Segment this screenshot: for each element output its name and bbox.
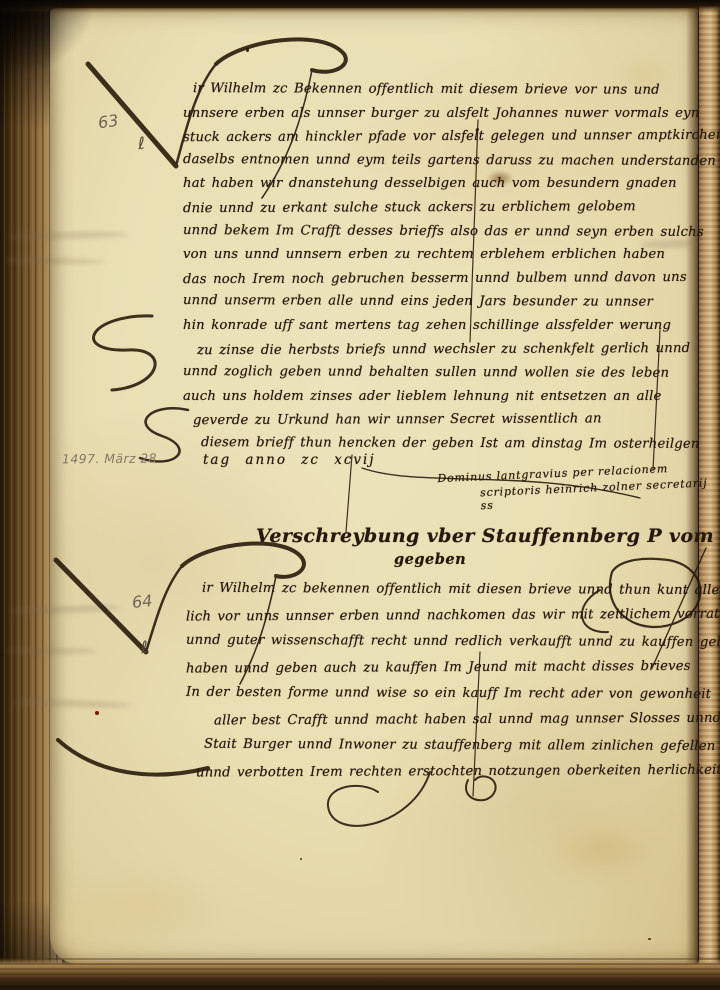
- manuscript-text-line: In der besten forme unnd wise so ein kau…: [186, 680, 720, 709]
- page-top-edge: [0, 0, 720, 13]
- manuscript-text-line: lich vor unns unnser erben unnd nachkome…: [186, 601, 720, 630]
- margin-entry-number-63: 63: [97, 111, 120, 133]
- foxing-speck: [246, 48, 249, 52]
- manuscript-text-line: unnsere erben als unnser burger zu alsfe…: [183, 102, 720, 126]
- record-1-date-line: tag anno zc xcvij: [203, 452, 376, 468]
- manuscript-text-line: zu zinse die herbsts briefs unnd wechsle…: [197, 336, 720, 362]
- manuscript-text-line: hin konrade uff sant mertens tag zehen s…: [183, 314, 720, 338]
- manuscript-text-line: Stait Burger unnd Inwoner zu stauffenber…: [204, 732, 720, 760]
- manuscript-text-line: unnd unserm erben alle unnd eins jeden J…: [183, 289, 720, 314]
- manuscript-text-line: hat haben wir dnanstehung desselbigen au…: [183, 172, 720, 196]
- red-ink-speck: [95, 711, 99, 715]
- manuscript-text-line: dnie unnd zu erkant sulche stuck ackers …: [183, 195, 720, 221]
- manuscript-text-line: unnd zoglich geben unnd behalten sullen …: [183, 360, 720, 385]
- page-bottom-edge: [0, 958, 720, 990]
- manuscript-text-line: unnd bekem Im Crafft desses brieffs also…: [183, 219, 720, 244]
- margin-entry-number-64: 64: [131, 591, 153, 612]
- margin-date-annotation: 1497. März 28: [62, 451, 157, 467]
- dark-corner-shadow: [0, 0, 96, 80]
- manuscript-text-line: stuck ackers am hinckler pfade vor alsfe…: [183, 124, 720, 150]
- manuscript-text-line: ir Wilhelm zc Bekennen offentlich mit di…: [193, 77, 720, 102]
- foxing-speck: [300, 858, 302, 860]
- manuscript-text-line: daselbs entnomen unnd eym teils gartens …: [183, 148, 720, 173]
- manuscript-text-line: von uns unnd unnsern erben zu rechtem er…: [183, 243, 720, 267]
- show-through-mark: [6, 648, 96, 654]
- manuscript-text-line: aller best Crafft unnd macht haben sal u…: [214, 706, 720, 735]
- record-1-text-block: ir Wilhelm zc Bekennen offentlich mit di…: [183, 78, 720, 456]
- manuscript-text-line: ir Wilhelm zc bekennen offentlich mit di…: [202, 576, 720, 604]
- margin-check-mark: ℓ: [140, 638, 148, 658]
- record-2-heading: Verschreybung vber Stauffennberg P vom B…: [256, 525, 720, 547]
- manuscript-text-line: unnd verbotten Irem rechten erstochten n…: [196, 758, 720, 787]
- foxing-speck: [648, 938, 651, 940]
- record-2-subheading: gegeben: [394, 551, 466, 568]
- manuscript-text-line: unnd guter wissenschafft recht unnd redl…: [186, 628, 720, 657]
- manuscript-text-line: haben unnd geben auch zu kauffen Im Jeun…: [186, 653, 720, 682]
- manuscript-text-line: geverde zu Urkund han wir unnser Secret …: [193, 407, 720, 433]
- manuscript-scan: 63 ℓ 1497. März 28 64 ℓ ir Wilhelm zc Be…: [0, 0, 720, 990]
- record-2-text-block: ir Wilhelm zc bekennen offentlich mit di…: [186, 577, 720, 785]
- manuscript-text-line: auch uns holdem zinses ader lieblem lehn…: [183, 385, 720, 409]
- manuscript-text-line: das noch Irem noch gebruchen besserm unn…: [183, 266, 720, 292]
- margin-check-mark: ℓ: [137, 134, 145, 154]
